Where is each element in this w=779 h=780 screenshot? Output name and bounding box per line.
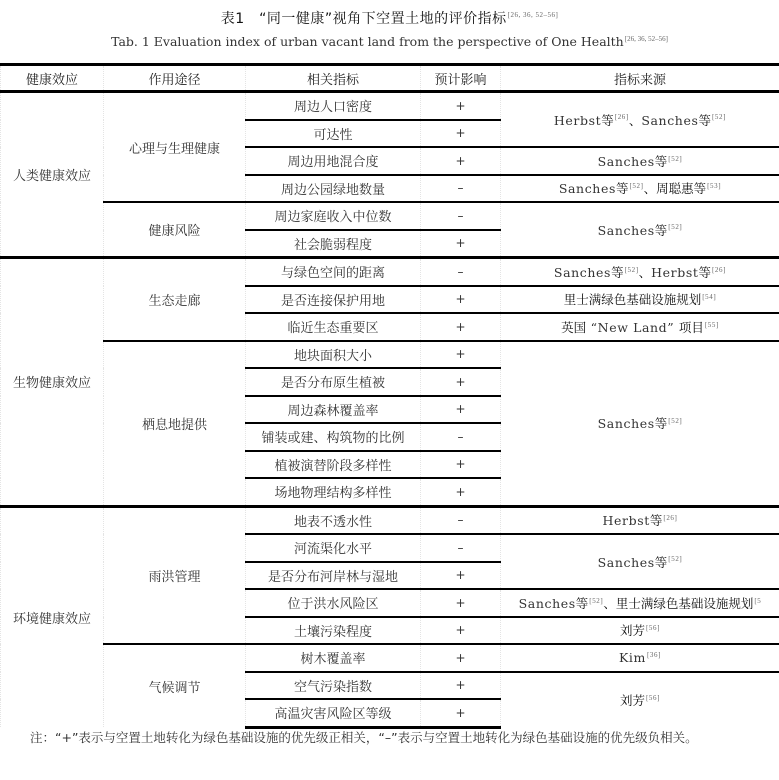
- impact-cell: +: [421, 589, 501, 617]
- header-indicator: 相关指标: [246, 65, 421, 92]
- indicator-cell: 河流渠化水平: [246, 534, 421, 562]
- citation-ref: [52]: [712, 113, 726, 121]
- indicator-cell: 周边人口密度: [246, 92, 421, 120]
- header-row: 健康效应 作用途径 相关指标 预计影响 指标来源: [1, 65, 779, 92]
- citation-ref: [55]: [705, 321, 719, 329]
- impact-cell: +: [421, 672, 501, 700]
- source-cell: 刘芳[56]: [501, 672, 779, 728]
- author-latin: Sanches: [519, 596, 576, 611]
- impact-cell: +: [421, 286, 501, 314]
- impact-cell: –: [421, 258, 501, 286]
- pathway-cell: 栖息地提供: [104, 341, 246, 507]
- citation-ref: [26]: [712, 266, 726, 274]
- impact-cell: –: [421, 534, 501, 562]
- pathway-cell: 气候调节: [104, 644, 246, 727]
- indicator-cell: 周边用地混合度: [246, 147, 421, 175]
- author-latin: “New Land”: [586, 320, 679, 335]
- author-latin: Herbst: [554, 113, 601, 128]
- author-latin: Sanches: [598, 416, 655, 431]
- pathway-cell: 心理与生理健康: [104, 92, 246, 203]
- author-cn: 等: [655, 416, 668, 431]
- author-cn: 等: [655, 555, 668, 570]
- evaluation-index-table: 健康效应 作用途径 相关指标 预计影响 指标来源 人类健康效应 心理与生理健康 …: [0, 63, 779, 729]
- table-row: 气候调节 树木覆盖率 + Kim[36]: [1, 644, 779, 672]
- source-cell: Herbst等[26]: [501, 506, 779, 534]
- author-latin: Sanches: [641, 113, 698, 128]
- author-latin: Sanches: [598, 223, 655, 238]
- impact-cell: +: [421, 341, 501, 369]
- impact-cell: +: [421, 120, 501, 148]
- author-latin: Sanches: [554, 265, 611, 280]
- citation-ref: [26]: [615, 113, 629, 121]
- impact-cell: +: [421, 451, 501, 479]
- indicator-cell: 土壤污染程度: [246, 617, 421, 645]
- separator: 、: [644, 181, 657, 196]
- table-row: 生物健康效应 生态走廊 与绿色空间的距离 – Sanches等[52]、Herb…: [1, 258, 779, 286]
- impact-cell: +: [421, 368, 501, 396]
- header-expected-impact: 预计影响: [421, 65, 501, 92]
- impact-cell: –: [421, 423, 501, 451]
- author-latin: Herbst: [603, 513, 650, 528]
- author-cn: 等: [576, 596, 589, 611]
- author-cn: 等: [655, 223, 668, 238]
- indicator-cell: 场地物理结构多样性: [246, 478, 421, 506]
- citation-ref: [26]: [663, 514, 677, 522]
- source-cell: Sanches等[52]: [501, 202, 779, 258]
- impact-cell: +: [421, 147, 501, 175]
- impact-cell: +: [421, 313, 501, 341]
- source-cell: Herbst等[26]、Sanches等[52]: [501, 92, 779, 148]
- impact-cell: +: [421, 396, 501, 424]
- table-row: 环境健康效应 雨洪管理 地表不透水性 – Herbst等[26]: [1, 506, 779, 534]
- citation-ref: [5: [754, 597, 761, 605]
- author-cn: 等: [698, 113, 711, 128]
- effect-cell: 人类健康效应: [1, 92, 104, 258]
- table-row: 栖息地提供 地块面积大小 + Sanches等[52]: [1, 341, 779, 369]
- indicator-cell: 是否分布原生植被: [246, 368, 421, 396]
- author-latin: Herbst: [651, 265, 698, 280]
- indicator-cell: 位于洪水风险区: [246, 589, 421, 617]
- citation-ref: [52]: [668, 155, 682, 163]
- effect-cell: 生物健康效应: [1, 258, 104, 507]
- author-latin: Sanches: [598, 555, 655, 570]
- indicator-cell: 空气污染指数: [246, 672, 421, 700]
- author-cn: 刘芳: [620, 693, 645, 708]
- source-cell: Sanches等[52]、Herbst等[26]: [501, 258, 779, 286]
- indicator-cell: 临近生态重要区: [246, 313, 421, 341]
- impact-cell: –: [421, 175, 501, 203]
- author-cn: 周聪惠等: [656, 181, 706, 196]
- author-cn: 等: [698, 265, 711, 280]
- author-cn: 刘芳: [620, 623, 645, 638]
- impact-cell: +: [421, 617, 501, 645]
- source-cell: Sanches等[52]: [501, 534, 779, 589]
- author-cn: 里士满绿色基础设施规划: [616, 596, 754, 611]
- indicator-cell: 社会脆弱程度: [246, 230, 421, 258]
- source-cell: Sanches等[52]: [501, 147, 779, 175]
- author-latin: Sanches: [598, 154, 655, 169]
- source-cell: 里士满绿色基础设施规划[54]: [501, 286, 779, 314]
- table-title-cn: 表1 “同一健康”视角下空置土地的评价指标[26, 36, 52–56]: [0, 8, 779, 28]
- header-source: 指标来源: [501, 65, 779, 92]
- indicator-cell: 高温灾害风险区等级: [246, 699, 421, 727]
- impact-cell: +: [421, 92, 501, 120]
- author-cn: 等: [655, 154, 668, 169]
- author-latin: Kim: [619, 650, 646, 665]
- header-health-effect: 健康效应: [1, 65, 104, 92]
- indicator-cell: 地块面积大小: [246, 341, 421, 369]
- table-title-en: Tab. 1 Evaluation index of urban vacant …: [0, 34, 779, 49]
- author-cn: 等: [601, 113, 614, 128]
- citation-ref: [52]: [668, 555, 682, 563]
- source-cell: Kim[36]: [501, 644, 779, 672]
- citation-ref: [52]: [589, 597, 603, 605]
- source-cell: 刘芳[56]: [501, 617, 779, 645]
- impact-cell: +: [421, 230, 501, 258]
- impact-cell: +: [421, 562, 501, 590]
- indicator-cell: 周边森林覆盖率: [246, 396, 421, 424]
- impact-cell: +: [421, 644, 501, 672]
- author-cn: 等: [616, 181, 629, 196]
- citation-ref: [56]: [646, 624, 660, 632]
- separator: 、: [603, 596, 616, 611]
- indicator-cell: 是否分布河岸林与湿地: [246, 562, 421, 590]
- separator: 、: [639, 265, 652, 280]
- author-cn: 等: [611, 265, 624, 280]
- impact-cell: –: [421, 506, 501, 534]
- citation-ref: [53]: [707, 182, 721, 190]
- pathway-cell: 雨洪管理: [104, 506, 246, 644]
- effect-cell: 环境健康效应: [1, 506, 104, 727]
- citation-ref: [56]: [646, 694, 660, 702]
- citation-ref: [52]: [668, 223, 682, 231]
- separator: 、: [629, 113, 642, 128]
- indicator-cell: 铺装或建、构筑物的比例: [246, 423, 421, 451]
- citation-ref: [52]: [625, 266, 639, 274]
- indicator-cell: 树木覆盖率: [246, 644, 421, 672]
- indicator-cell: 是否连接保护用地: [246, 286, 421, 314]
- author-cn: 项目: [679, 320, 704, 335]
- indicator-cell: 周边公园绿地数量: [246, 175, 421, 203]
- source-cell: Sanches等[52]: [501, 341, 779, 507]
- header-pathway: 作用途径: [104, 65, 246, 92]
- author-cn: 等: [650, 513, 663, 528]
- author-cn: 里士满绿色基础设施规划: [564, 292, 702, 307]
- pathway-cell: 健康风险: [104, 202, 246, 258]
- author-cn: 英国: [561, 320, 586, 335]
- pathway-cell: 生态走廊: [104, 258, 246, 341]
- indicator-cell: 周边家庭收入中位数: [246, 202, 421, 230]
- indicator-cell: 地表不透水性: [246, 506, 421, 534]
- impact-cell: +: [421, 699, 501, 727]
- citation-ref: [52]: [668, 417, 682, 425]
- source-cell: Sanches等[52]、周聪惠等[53]: [501, 175, 779, 203]
- source-cell: Sanches等[52]、里士满绿色基础设施规划[5: [501, 589, 779, 617]
- citation-ref: [54]: [702, 293, 716, 301]
- indicator-cell: 与绿色空间的距离: [246, 258, 421, 286]
- table-row: 人类健康效应 心理与生理健康 周边人口密度 + Herbst等[26]、Sanc…: [1, 92, 779, 120]
- table-note: 注：“+”表示与空置土地转化为绿色基础设施的优先级正相关，“–”表示与空置土地转…: [0, 728, 779, 748]
- impact-cell: –: [421, 202, 501, 230]
- source-cell: 英国 “New Land” 项目[55]: [501, 313, 779, 341]
- author-latin: Sanches: [559, 181, 616, 196]
- impact-cell: +: [421, 478, 501, 506]
- indicator-cell: 可达性: [246, 120, 421, 148]
- table-row: 健康风险 周边家庭收入中位数 – Sanches等[52]: [1, 202, 779, 230]
- indicator-cell: 植被演替阶段多样性: [246, 451, 421, 479]
- citation-ref: [52]: [630, 182, 644, 190]
- citation-ref: [36]: [647, 651, 661, 659]
